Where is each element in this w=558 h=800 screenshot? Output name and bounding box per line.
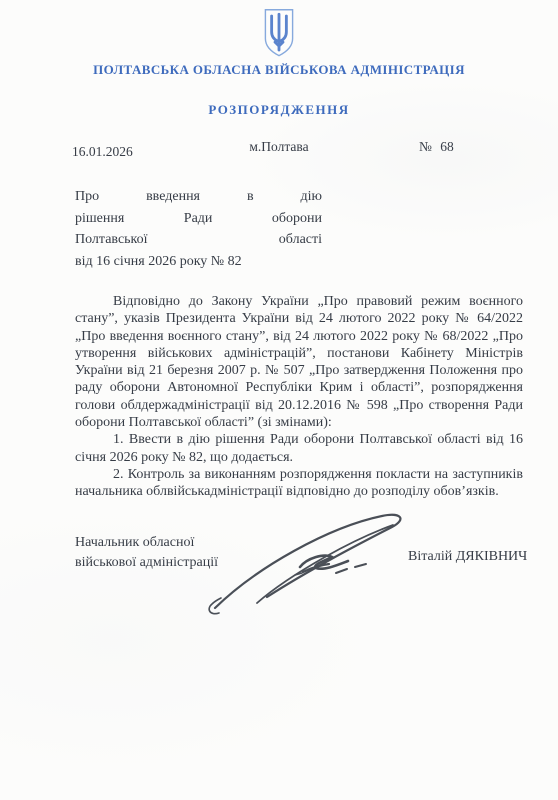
subject-line: від 16 січня 2026 року № 82 xyxy=(75,251,322,273)
organization-name: ПОЛТАВСЬКА ОБЛАСНА ВІЙСЬКОВА АДМІНІСТРАЦ… xyxy=(0,62,558,78)
document-place: м.Полтава xyxy=(0,139,558,155)
body-paragraph-item-1: 1. Ввести в дію рішення Ради оборони Пол… xyxy=(75,431,523,466)
subject-block: Про введення в дію рішення Ради оборони … xyxy=(75,186,322,272)
subject-line: Полтавської області xyxy=(75,229,322,251)
signer-position-line2: військової адміністрації xyxy=(75,553,218,573)
subject-line: Про введення в дію xyxy=(75,186,322,208)
document-number: № 68 xyxy=(419,139,454,155)
document-body: Відповідно до Закону України „Про правов… xyxy=(75,293,523,501)
body-paragraph-item-2: 2. Контроль за виконанням розпорядження … xyxy=(75,466,523,501)
handwritten-signature-icon xyxy=(205,505,420,625)
signature-block: Начальник обласної військової адміністра… xyxy=(0,505,558,635)
document-page: ПОЛТАВСЬКА ОБЛАСНА ВІЙСЬКОВА АДМІНІСТРАЦ… xyxy=(0,0,558,800)
body-paragraph-preamble: Відповідно до Закону України „Про правов… xyxy=(75,293,523,431)
signer-position-line1: Начальник обласної xyxy=(75,533,218,553)
signer-position: Начальник обласної військової адміністра… xyxy=(75,533,218,572)
subject-line: рішення Ради оборони xyxy=(75,208,322,230)
signer-name: Віталій ДЯКІВНИЧ xyxy=(408,549,527,565)
document-type-title: РОЗПОРЯДЖЕННЯ xyxy=(0,102,558,118)
ukraine-trident-icon xyxy=(262,8,296,63)
